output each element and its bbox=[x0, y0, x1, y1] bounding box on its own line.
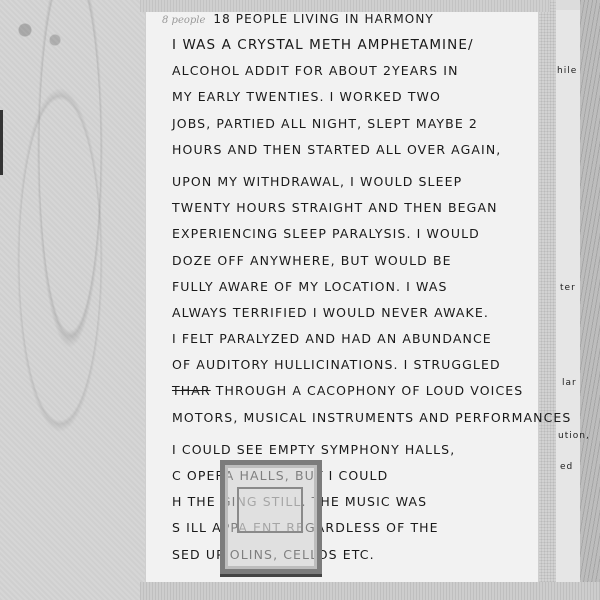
margin-fragment: ution, bbox=[558, 431, 590, 441]
note-title: 18 People Living In Harmony bbox=[213, 12, 433, 26]
margin-fragment: hile bbox=[557, 66, 577, 76]
note-line: Thar Through a Cacophony of Loud Voices bbox=[172, 378, 542, 404]
note-line: of Auditory Hullicinations. I Struggled bbox=[172, 352, 542, 378]
note-line: Alcohol Addit for about 2years in bbox=[172, 58, 542, 84]
damask-wallpaper-background bbox=[0, 0, 145, 600]
note-header: 8 people 18 People Living In Harmony bbox=[162, 12, 542, 26]
right-edge-texture bbox=[580, 0, 600, 600]
slide-frame-object bbox=[220, 460, 322, 574]
note-line: Twenty Hours Straight and Then Began bbox=[172, 195, 542, 221]
pencil-annotation: 8 people bbox=[162, 15, 205, 26]
note-line: I was a Crystal Meth Amphetamine/ bbox=[172, 32, 542, 58]
tape-bottom bbox=[140, 582, 600, 600]
note-line: Upon my Withdrawal, I would Sleep bbox=[172, 169, 542, 195]
note-line: Always Terrified I would Never Awake. bbox=[172, 300, 542, 326]
note-line: Fully Aware of my Location. I Was bbox=[172, 274, 542, 300]
frame-window bbox=[237, 487, 303, 533]
note-line: Doze off anywhere, But would Be bbox=[172, 248, 542, 274]
note-line: Motors, Musical Instruments and Performa… bbox=[172, 405, 542, 431]
tape-top bbox=[140, 0, 550, 12]
note-line: Hours and Then Started All over Again, bbox=[172, 137, 542, 163]
margin-fragment: ed bbox=[560, 462, 573, 472]
margin-fragment: lar bbox=[562, 378, 577, 388]
note-line: Jobs, Partied All Night, Slept maybe 2 bbox=[172, 111, 542, 137]
note-line: my Early Twenties. I worked Two bbox=[172, 84, 542, 110]
edge-shadow bbox=[0, 110, 3, 175]
margin-fragment: ter bbox=[560, 283, 576, 293]
note-line: I Felt Paralyzed and Had an Abundance bbox=[172, 326, 542, 352]
struck-word: Thar bbox=[172, 383, 211, 398]
note-line: Experiencing Sleep Paralysis. I would bbox=[172, 221, 542, 247]
note-line-rest: Through a Cacophony of Loud Voices bbox=[211, 383, 524, 398]
